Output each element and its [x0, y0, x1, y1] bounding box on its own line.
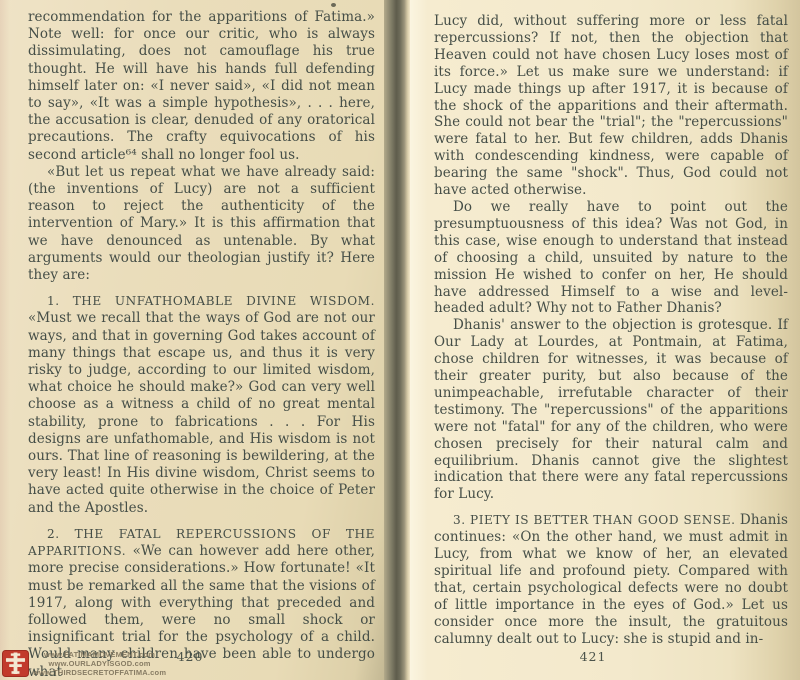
page-left-text-column: recommendation for the apparitions of Fa… — [28, 9, 375, 680]
paragraph: Dhanis' answer to the objection is grote… — [434, 317, 788, 503]
watermark-url: www.FATIMAMOVEMENT.com — [44, 650, 155, 659]
watermark-url: www.OURLADYISGOD.com — [49, 659, 151, 668]
paragraph: Do we really have to point out the presu… — [434, 199, 788, 317]
page-left: recommendation for the apparitions of Fa… — [0, 0, 384, 680]
red-crest-cross-icon — [2, 650, 29, 677]
book-spread: recommendation for the apparitions of Fa… — [0, 0, 800, 680]
section-1-heading: 1. THE UNFATHOMABLE DIVINE WISDOM. — [47, 294, 375, 308]
watermark-urls: www.FATIMAMOVEMENT.com www.OURLADYISGOD.… — [33, 650, 166, 677]
page-right: Lucy did, without suffering more or less… — [410, 0, 800, 680]
numbered-section-3: 3. PIETY IS BETTER THAN GOOD SENSE. Dhan… — [434, 512, 788, 647]
scan-speck — [331, 3, 336, 7]
paragraph-continuation: recommendation for the apparitions of Fa… — [28, 9, 375, 164]
section-3-body: Dhanis continues: «On the other hand, we… — [434, 512, 788, 646]
section-1-body: «Must we recall that the ways of God are… — [28, 310, 375, 515]
paragraph: «But let us repeat what we have already … — [28, 164, 375, 284]
paragraph-continuation: Lucy did, without suffering more or less… — [434, 13, 788, 199]
section-3-heading: 3. PIETY IS BETTER THAN GOOD SENSE. — [453, 513, 736, 527]
numbered-section-1: 1. THE UNFATHOMABLE DIVINE WISDOM. «Must… — [28, 293, 375, 517]
watermark: www.FATIMAMOVEMENT.com www.OURLADYISGOD.… — [2, 650, 166, 677]
watermark-url: www.THIRDSECRETOFFATIMA.com — [33, 668, 166, 677]
page-right-text-column: Lucy did, without suffering more or less… — [434, 13, 788, 648]
book-gutter-shadow — [384, 0, 410, 680]
page-number-right: 421 — [398, 649, 788, 664]
